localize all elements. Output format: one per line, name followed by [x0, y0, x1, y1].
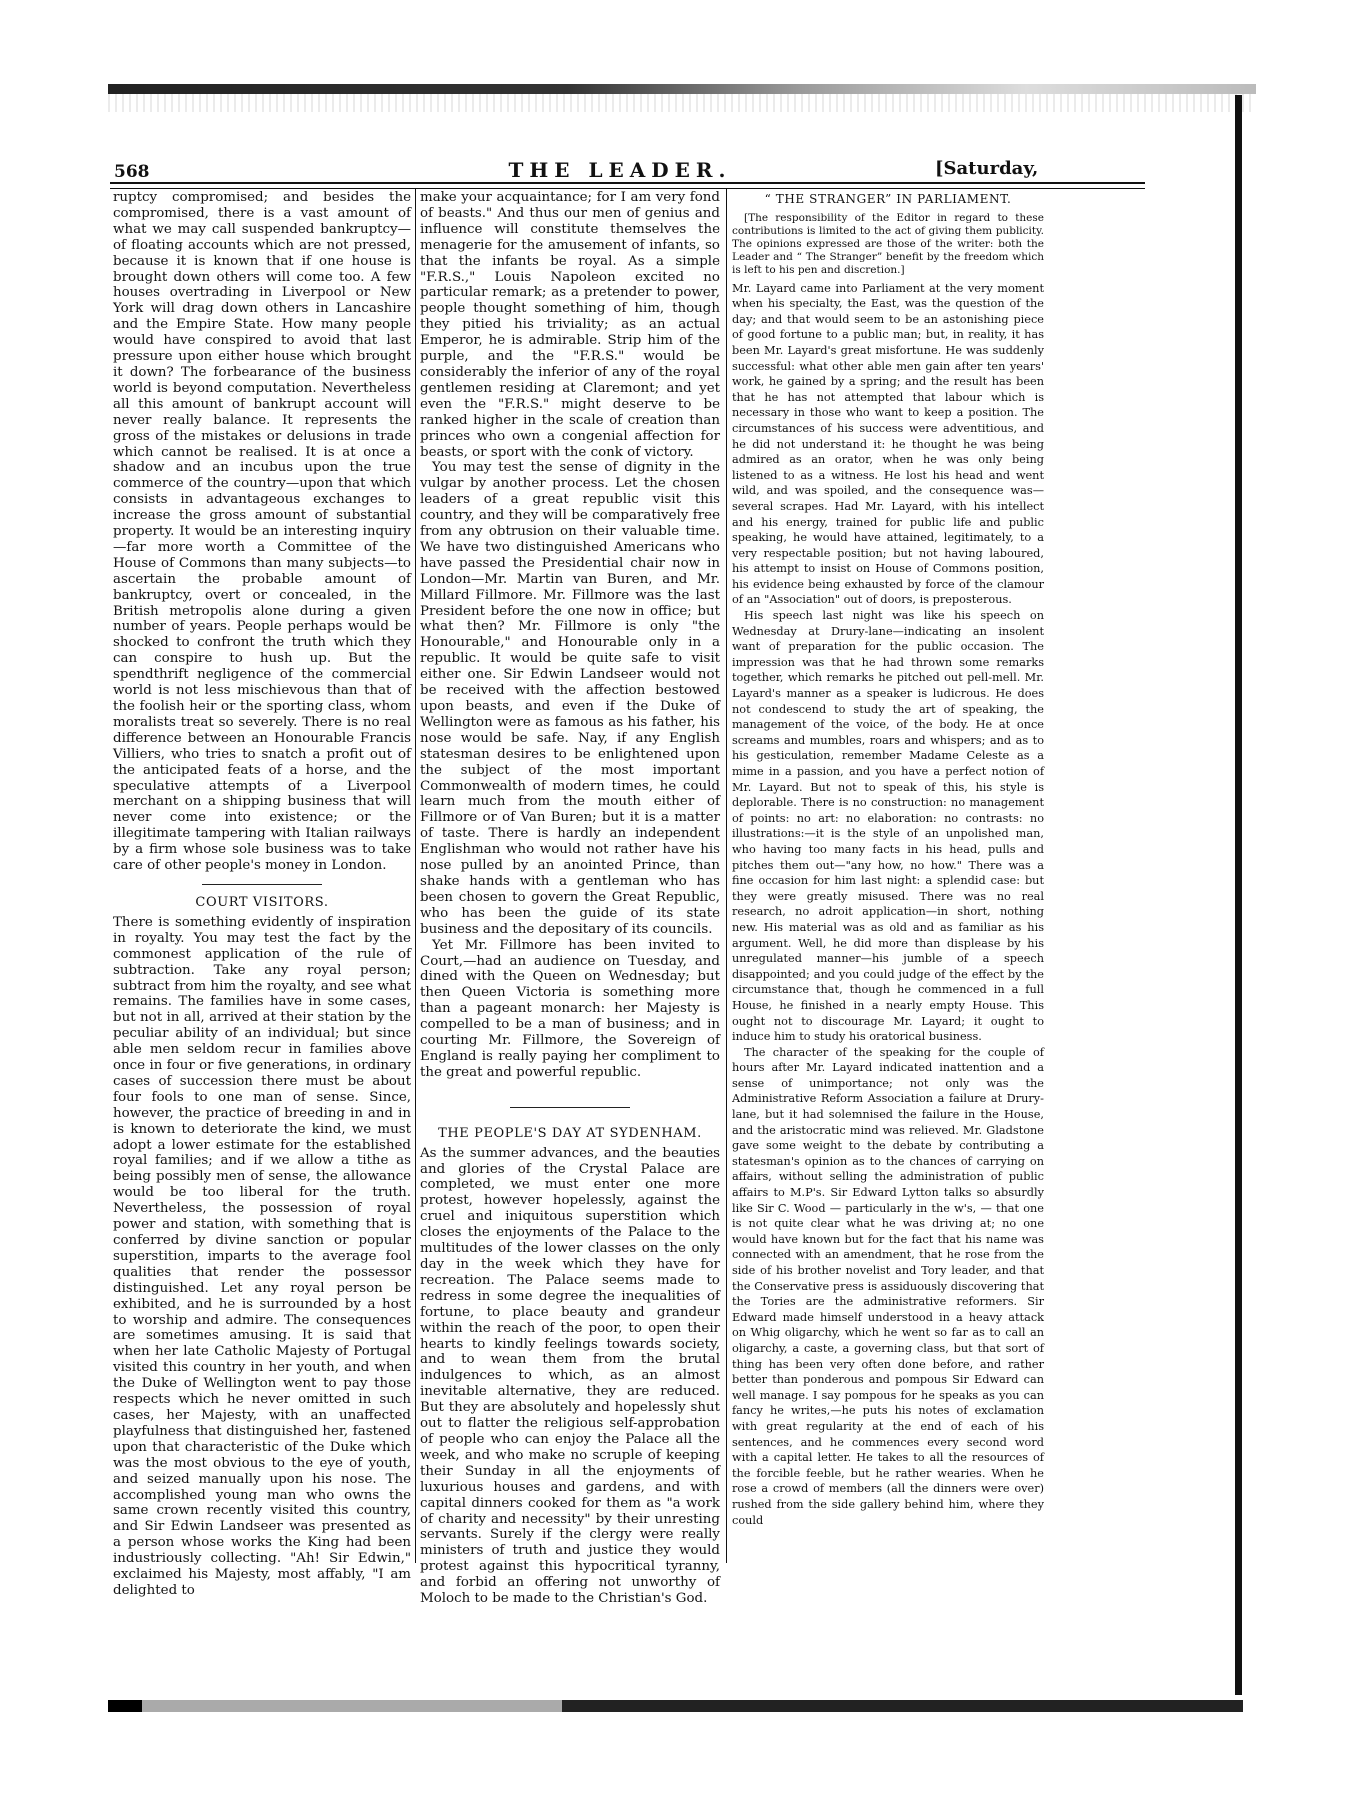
section-rule	[510, 1107, 630, 1108]
article-paragraph: The character of the speaking for the co…	[732, 1045, 1044, 1528]
page-number: 568	[114, 162, 150, 182]
article-paragraph: Mr. Layard came into Parliament at the v…	[732, 281, 1044, 608]
issue-day: [Saturday,	[935, 158, 1038, 179]
column-middle: make your acquaintance; for I am very fo…	[420, 190, 720, 1607]
editor-note: [The responsibility of the Editor in reg…	[732, 212, 1044, 277]
article-paragraph: Yet Mr. Fillmore has been invited to Cou…	[420, 938, 720, 1081]
article-heading-court-visitors: COURT VISITORS.	[113, 895, 411, 911]
article-paragraph: There is something evidently of inspirat…	[113, 915, 411, 1599]
scan-edge-right	[1235, 95, 1242, 1695]
column-divider	[726, 188, 727, 1563]
article-heading-stranger: “ THE STRANGER” IN PARLIAMENT.	[732, 192, 1044, 208]
article-paragraph: make your acquaintance; for I am very fo…	[420, 190, 720, 460]
column-left: ruptcy compromised; and besides the comp…	[113, 190, 411, 1599]
column-right: “ THE STRANGER” IN PARLIAMENT. [The resp…	[732, 190, 1044, 1528]
article-paragraph: You may test the sense of dignity in the…	[420, 460, 720, 937]
scan-noise-top	[108, 94, 1256, 112]
article-paragraph: ruptcy compromised; and besides the comp…	[113, 190, 411, 874]
article-paragraph: His speech last night was like his speec…	[732, 608, 1044, 1045]
article-paragraph: As the summer advances, and the beauties…	[420, 1146, 720, 1607]
header-rule	[110, 182, 1145, 189]
section-rule	[202, 884, 322, 885]
scan-edge-bottom	[108, 1700, 1243, 1712]
article-heading-sydenham: THE PEOPLE'S DAY AT SYDENHAM.	[420, 1126, 720, 1142]
masthead-title: THE LEADER.	[440, 158, 800, 182]
column-divider	[415, 188, 416, 1563]
scan-edge-top	[108, 84, 1256, 94]
